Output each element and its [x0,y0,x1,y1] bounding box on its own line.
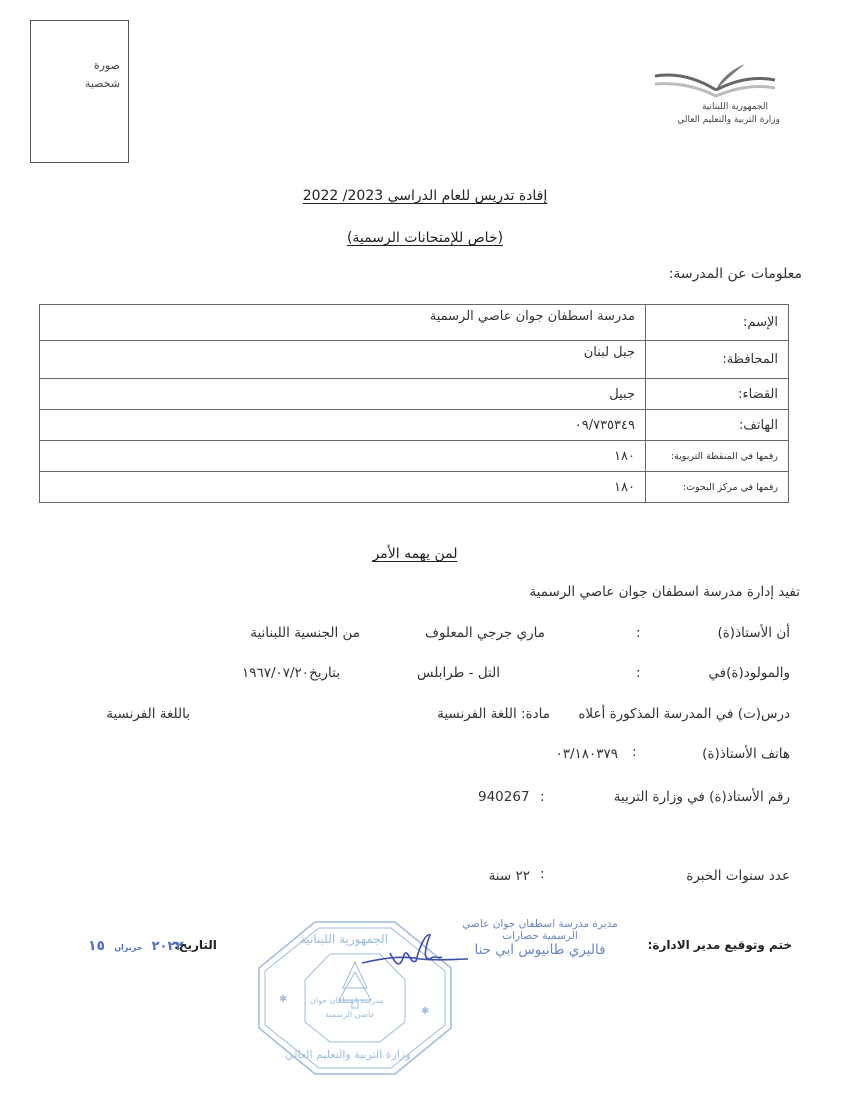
stamp-inner-text-1: مدرسة اسطفان جوان [310,996,383,1005]
document-title: إفادة تدريس للعام الدراسي 2023/ 2022 [0,188,850,204]
date-value: ٢٠٢٢ حزيران ١٥ [88,935,183,954]
row-label-district: القضاء: [646,379,789,410]
teacher-label: أن الأستاذ(ة) [717,625,790,641]
open-book-quill-icon [650,62,780,102]
row-label-phone: الهاتف: [646,410,789,441]
row-label-governorate: المحافظة: [646,341,789,379]
row-value-edu-zone-no: ١٨٠ [40,441,646,472]
row-value-district: جبيل [40,379,646,410]
handwritten-signature-icon [360,925,470,985]
birth-place: التل - طرابلس [417,665,500,681]
born-colon: : [636,665,641,681]
teacher-nationality: من الجنسية اللبنانية [250,625,360,641]
teacher-phone-label: هاتف الأستاذ(ة) [702,746,790,762]
photo-label-line1: صورة [94,59,120,72]
stamp-outer-bottom-text: وزارة التربية والتعليم العالي [285,1048,411,1061]
experience-value: ٢٢ سنة [489,868,530,884]
table-row: الإسم: مدرسة اسطفان جوان عاصي الرسمية [40,305,789,341]
language-text: باللغة الفرنسية [106,706,190,722]
row-label-name: الإسم: [646,305,789,341]
birth-date: بتاريخ١٩٦٧/٠٧/٢٠ [242,665,340,681]
school-info-table: الإسم: مدرسة اسطفان جوان عاصي الرسمية ال… [39,304,789,503]
teacher-colon: : [636,625,641,641]
logo-ministry-text: وزارة التربية والتعليم العالي [677,115,780,125]
taught-text: درس(ت) في المدرسة المذكورة أعلاه [578,706,790,722]
table-row: رقمها في المنقطة التربوية: ١٨٠ [40,441,789,472]
ministry-number-value: 940267 [478,789,530,805]
photo-label-line2: شخصية [85,77,120,90]
row-label-research-center-no: رقمها في مركز البحوث: [646,472,789,503]
document-subtitle: (خاص للإمتحانات الرسمية) [0,230,850,246]
photo-placeholder-box: صورة شخصية [30,20,129,163]
row-value-governorate: جبل لبنان [40,341,646,379]
row-value-research-center-no: ١٨٠ [40,472,646,503]
ministry-logo: الجمهورية اللبنانية وزارة التربية والتعل… [650,62,780,132]
table-row: الهاتف: ٠٩/٧٣٥٣٤٩ [40,410,789,441]
svg-text:✱: ✱ [421,1006,429,1017]
logo-republic-text: الجمهورية اللبنانية [702,102,768,112]
intro-text: تفيد إدارة مدرسة اسطفان جوان عاصي الرسمي… [529,584,800,600]
table-row: القضاء: جبيل [40,379,789,410]
teacher-phone-colon: : [632,744,637,760]
teacher-phone-value: ٠٣/١٨٠٣٧٩ [555,746,618,762]
svg-text:✱: ✱ [279,994,287,1005]
school-info-heading: معلومات عن المدرسة: [669,266,802,282]
row-value-name: مدرسة اسطفان جوان عاصي الرسمية [40,305,646,341]
ministry-number-colon: : [540,789,545,805]
table-row: المحافظة: جبل لبنان [40,341,789,379]
addressee-heading: لمن يهمه الأمر [0,546,840,562]
row-value-phone: ٠٩/٧٣٥٣٤٩ [40,410,646,441]
stamp-inner-text-2: عاصي الرسمية [325,1010,375,1019]
ministry-number-label: رقم الأستاذ(ة) في وزارة التربية [614,789,790,805]
row-label-edu-zone-no: رقمها في المنقطة التربوية: [646,441,789,472]
subject-text: مادة: اللغة الفرنسية [437,706,550,722]
experience-label: عدد سنوات الخبرة [686,868,790,884]
signature-label: ختم وتوقيع مدير الادارة: [648,938,792,952]
experience-colon: : [540,866,545,882]
teacher-name: ماري جرجي المعلوف [425,625,545,641]
born-label: والمولود(ة)في [708,665,790,681]
table-row: رقمها في مركز البحوث: ١٨٠ [40,472,789,503]
